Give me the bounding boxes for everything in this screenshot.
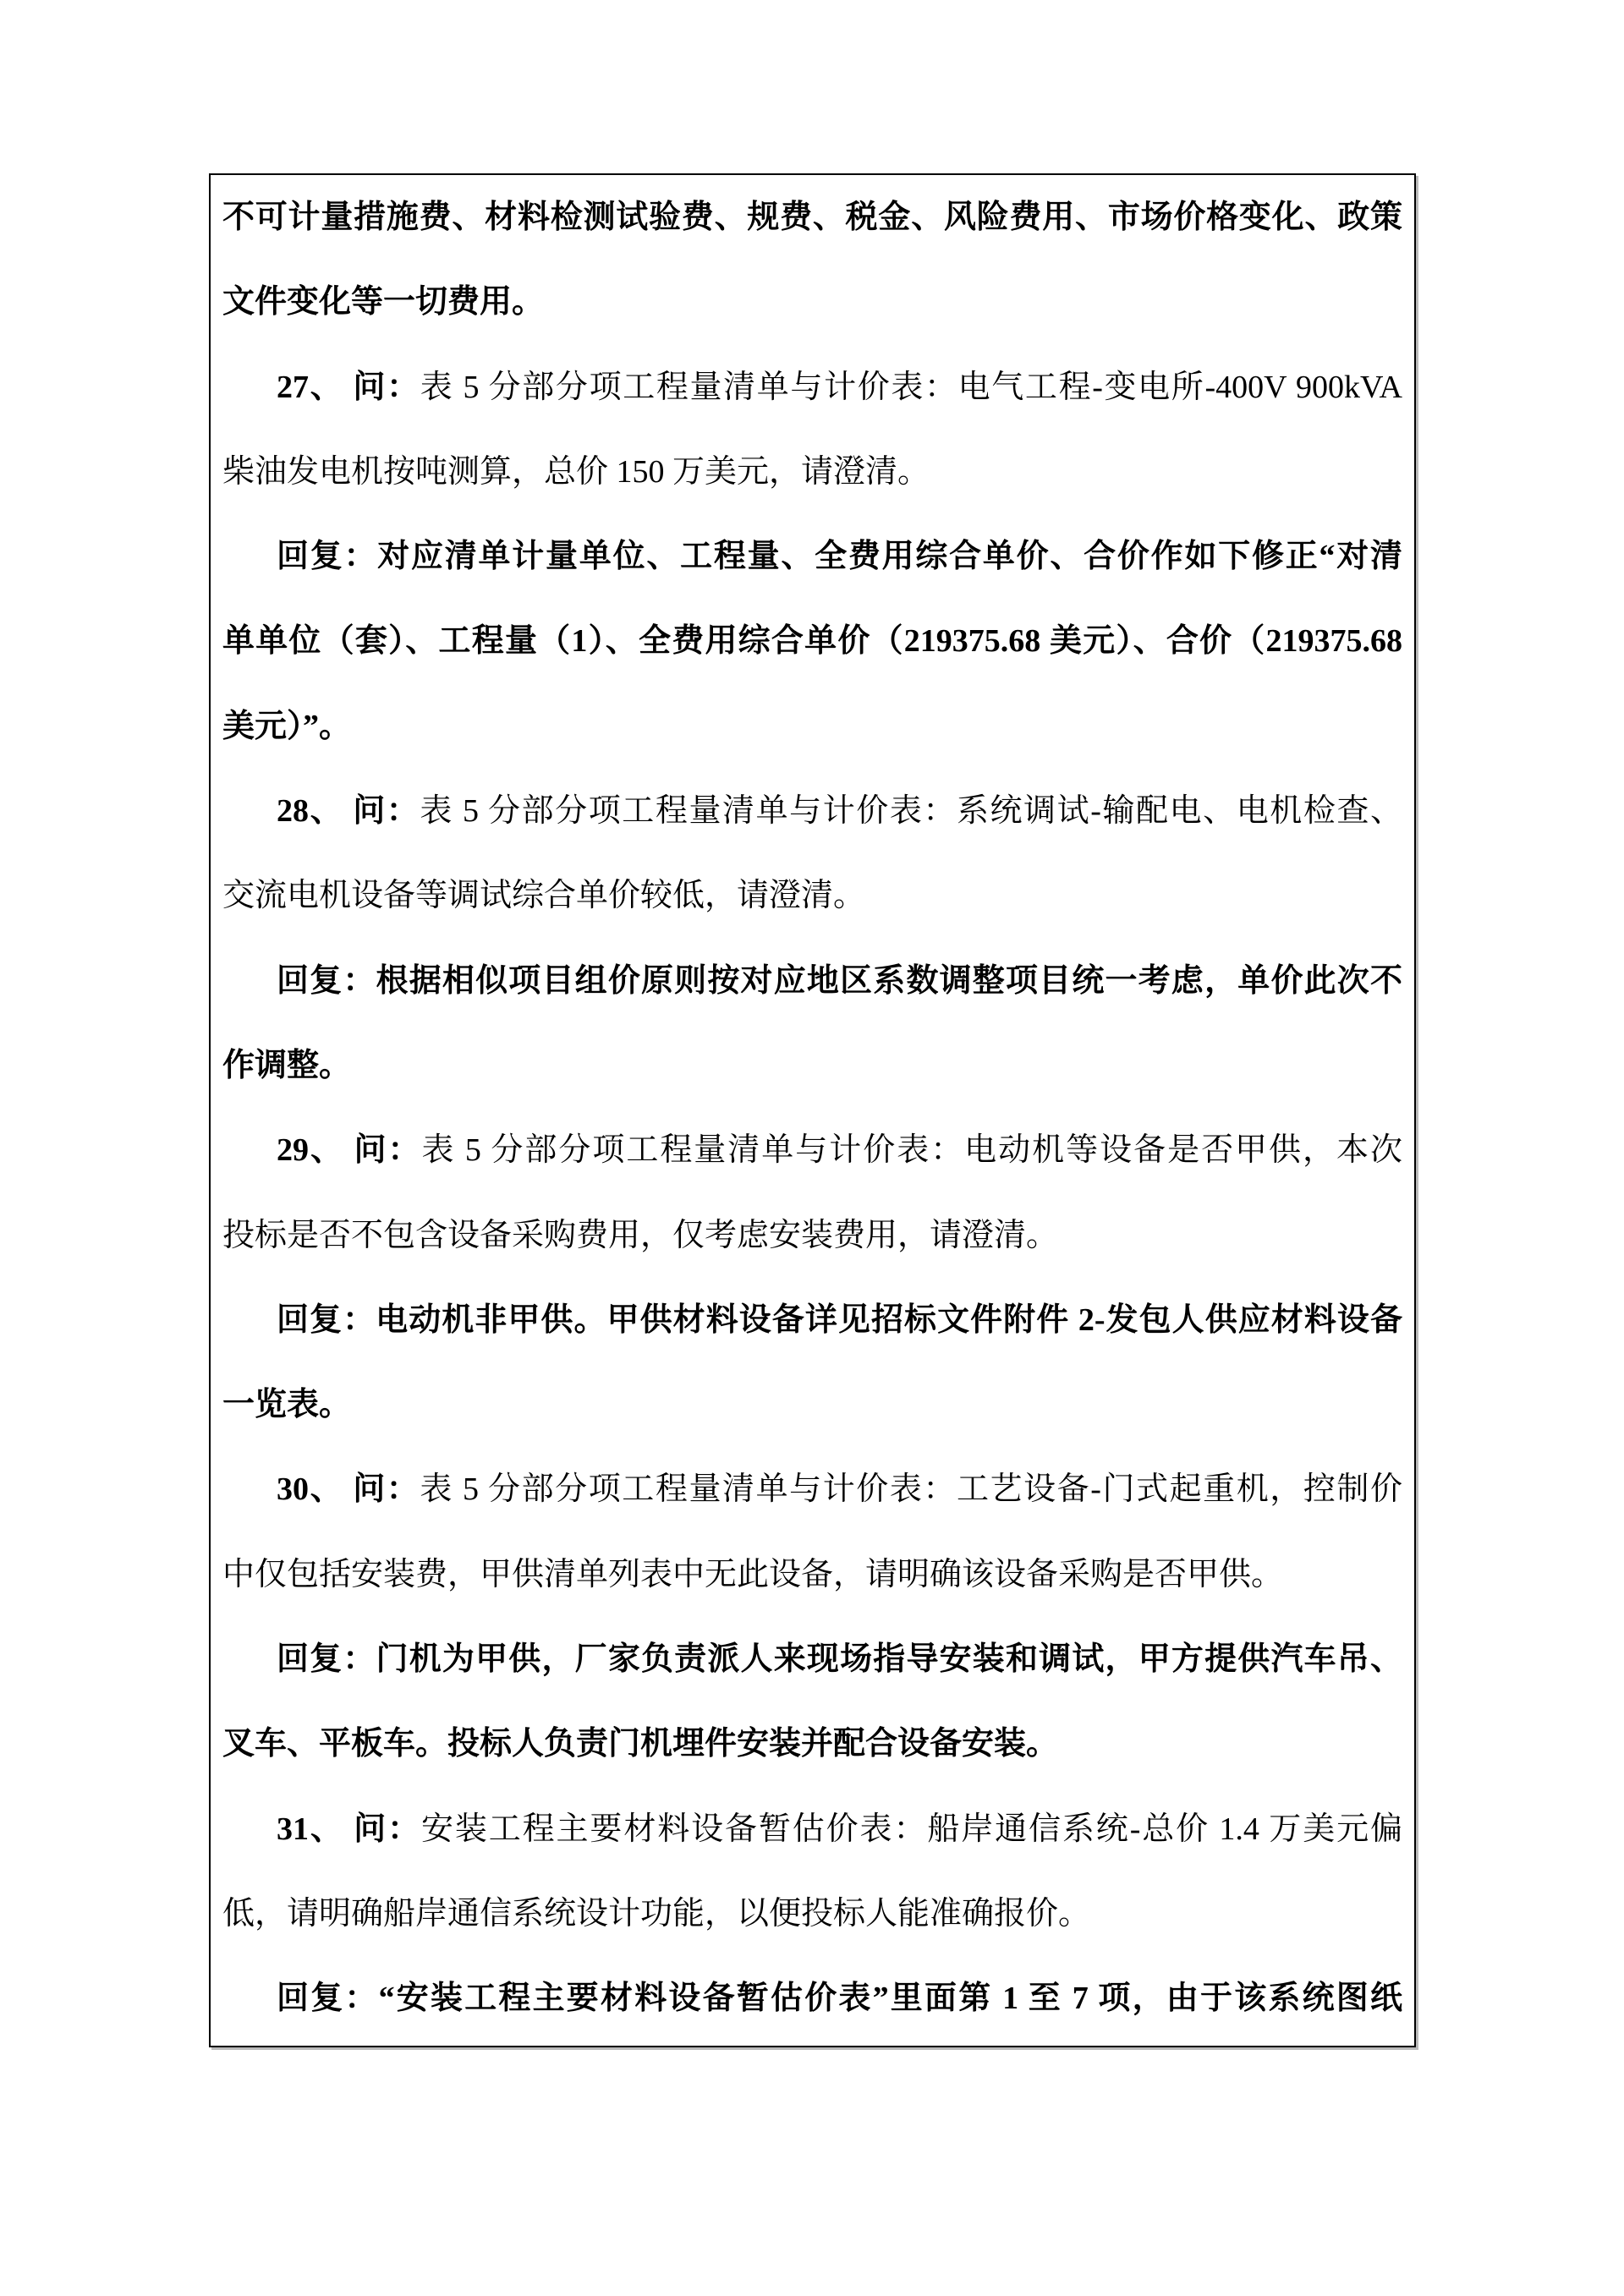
text-line: 回复：“安装工程主要材料设备暂估价表”里面第 1 至 7 项，由于该系统图纸 [222, 1956, 1402, 2041]
text-line: 一览表。 [222, 1362, 1402, 1447]
bold-text-run: 回复：“安装工程主要材料设备暂估价表”里面第 1 至 7 项，由于该系统图纸 [277, 1981, 1402, 2016]
text-run: 表 5 分部分项工程量清单与计价表：系统调试-输配电、电机检查、 [420, 793, 1402, 829]
text-line: 27、 问：表 5 分部分项工程量清单与计价表：电气工程-变电所-400V 90… [222, 345, 1402, 430]
document-cell: 不可计量措施费、材料检测试验费、规费、税金、风险费用、市场价格变化、政策文件变化… [209, 173, 1416, 2047]
bold-text-run: 30、 问： [277, 1471, 420, 1507]
text-line: 回复：电动机非甲供。甲供材料设备详见招标文件附件 2-发包人供应材料设备 [222, 1278, 1402, 1362]
text-line: 交流电机设备等调试综合单价较低，请澄清。 [222, 853, 1402, 938]
bold-text-run: 叉车、平板车。投标人负责门机埋件安装并配合设备安装。 [222, 1726, 1058, 1762]
bold-text-run: 28、 问： [277, 793, 420, 829]
bold-text-run: 文件变化等一切费用。 [222, 284, 544, 320]
bold-text-run: 31、 问： [277, 1811, 421, 1847]
text-line: 叉车、平板车。投标人负责门机埋件安装并配合设备安装。 [222, 1701, 1402, 1786]
text-line: 29、 问：表 5 分部分项工程量清单与计价表：电动机等设备是否甲供，本次 [222, 1108, 1402, 1192]
bold-text-run: 回复：门机为甲供，厂家负责派人来现场指导安装和调试，甲方提供汽车吊、 [277, 1641, 1402, 1677]
text-run: 低，请明确船岸通信系统设计功能，以便投标人能准确报价。 [222, 1896, 1090, 1932]
text-line: 作调整。 [222, 1023, 1402, 1108]
text-run: 柴油发电机按吨测算，总价 150 万美元，请澄清。 [222, 454, 930, 490]
text-run: 表 5 分部分项工程量清单与计价表：工艺设备-门式起重机，控制价 [420, 1471, 1402, 1507]
bold-text-run: 作调整。 [222, 1048, 351, 1083]
text-run: 交流电机设备等调试综合单价较低，请澄清。 [222, 878, 865, 913]
bold-text-run: 27、 问： [277, 370, 420, 405]
bold-text-run: 不可计量措施费、材料检测试验费、规费、税金、风险费用、市场价格变化、政策 [222, 200, 1402, 235]
text-line: 投标是否不包含设备采购费用，仅考虑安装费用，请澄清。 [222, 1193, 1402, 1278]
bold-text-run: 回复：对应清单计量单位、工程量、全费用综合单价、合价作如下修正“对清 [277, 539, 1402, 574]
text-run: 中仅包括安装费，甲供清单列表中无此设备，请明确该设备采购是否甲供。 [222, 1557, 1283, 1592]
text-line: 中仅包括安装费，甲供清单列表中无此设备，请明确该设备采购是否甲供。 [222, 1532, 1402, 1617]
bold-text-run: 回复：电动机非甲供。甲供材料设备详见招标文件附件 2-发包人供应材料设备 [277, 1302, 1402, 1338]
text-line: 低，请明确船岸通信系统设计功能，以便投标人能准确报价。 [222, 1871, 1402, 1956]
text-line: 回复：门机为甲供，厂家负责派人来现场指导安装和调试，甲方提供汽车吊、 [222, 1617, 1402, 1701]
bold-text-run: 一览表。 [222, 1387, 351, 1422]
bold-text-run: 单单位（套）、工程量（1）、全费用综合单价（219375.68 美元）、合价（2… [222, 623, 1402, 659]
text-run: 安装工程主要材料设备暂估价表：船岸通信系统-总价 1.4 万美元偏 [421, 1811, 1402, 1847]
text-line: 回复：根据相似项目组价原则按对应地区系数调整项目统一考虑，单价此次不 [222, 939, 1402, 1023]
bold-text-run: 29、 问： [277, 1132, 421, 1168]
text-run: 投标是否不包含设备采购费用，仅考虑安装费用，请澄清。 [222, 1218, 1058, 1253]
text-line: 美元）”。 [222, 684, 1402, 769]
text-line: 31、 问：安装工程主要材料设备暂估价表：船岸通信系统-总价 1.4 万美元偏 [222, 1787, 1402, 1871]
text-line: 28、 问：表 5 分部分项工程量清单与计价表：系统调试-输配电、电机检查、 [222, 769, 1402, 853]
bold-text-run: 回复：根据相似项目组价原则按对应地区系数调整项目统一考虑，单价此次不 [277, 963, 1402, 999]
text-line: 文件变化等一切费用。 [222, 260, 1402, 344]
text-line: 30、 问：表 5 分部分项工程量清单与计价表：工艺设备-门式起重机，控制价 [222, 1447, 1402, 1532]
text-run: 表 5 分部分项工程量清单与计价表：电气工程-变电所-400V 900kVA [420, 370, 1402, 405]
bold-text-run: 美元）”。 [222, 709, 351, 744]
text-line: 单单位（套）、工程量（1）、全费用综合单价（219375.68 美元）、合价（2… [222, 599, 1402, 683]
text-line: 回复：对应清单计量单位、工程量、全费用综合单价、合价作如下修正“对清 [222, 514, 1402, 599]
text-line: 柴油发电机按吨测算，总价 150 万美元，请澄清。 [222, 430, 1402, 514]
text-line: 不可计量措施费、材料检测试验费、规费、税金、风险费用、市场价格变化、政策 [222, 175, 1402, 260]
text-run: 表 5 分部分项工程量清单与计价表：电动机等设备是否甲供，本次 [421, 1132, 1402, 1168]
